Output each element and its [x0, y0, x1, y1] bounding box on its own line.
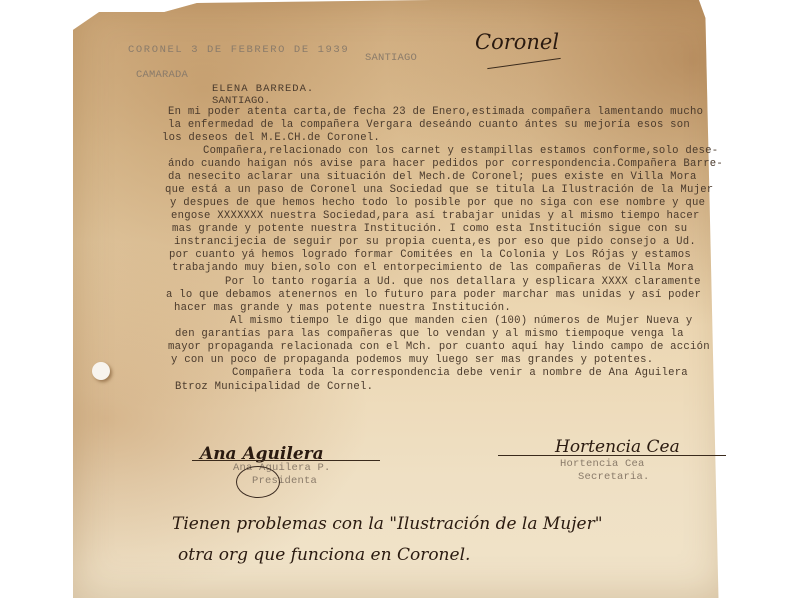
signature-line-right	[498, 455, 726, 456]
body-line: la enfermedad de la compañera Vergara de…	[168, 119, 690, 131]
body-line: da nesecito aclarar una situación del Me…	[168, 171, 697, 183]
body-line: y con un poco de propaganda podemos muy …	[171, 354, 653, 366]
signature-line-left	[192, 460, 380, 461]
body-line: ándo cuando haigan nós avise para hacer …	[168, 158, 723, 170]
body-line: Al mismo tiempo le digo que manden cien …	[230, 315, 693, 327]
typed-name-right: Hortencia Cea	[560, 458, 645, 471]
destination: SANTIAGO	[365, 52, 417, 65]
body-line: que está a un paso de Coronel una Socied…	[165, 184, 713, 196]
body-line: Compañera toda la correspondencia debe v…	[232, 367, 688, 379]
handwritten-coronel: Coronel	[475, 30, 559, 54]
salutation: CAMARADA	[136, 69, 188, 82]
handwritten-note-line2: otra org que funciona en Coronel.	[178, 545, 470, 565]
body-line: Por lo tanto rogaría a Ud. que nos detal…	[225, 276, 701, 288]
body-line: den garantías para las compañeras que lo…	[175, 328, 684, 340]
body-line: engose XXXXXXX nuestra Sociedad,para así…	[171, 210, 700, 222]
body-line: y despues de que hemos hecho todo lo pos…	[170, 197, 705, 209]
title-right: Secretaria.	[578, 471, 650, 484]
body-line: a lo que debamos atenernos en lo futuro …	[166, 289, 701, 301]
handwritten-note-line1: Tienen problemas con la "Ilustración de …	[172, 514, 603, 534]
body-line: los deseos del M.E.CH.de Coronel.	[162, 132, 380, 144]
body-line: hacer mas grande y mas potente nuestra I…	[174, 302, 511, 314]
body-line: por cuanto yá hemos logrado formar Comit…	[169, 249, 691, 261]
body-line: Compañera,relacionado con los carnet y e…	[203, 145, 718, 157]
place-date: CORONEL 3 DE FEBRERO DE 1939	[128, 44, 349, 57]
body-line: En mi poder atenta carta,de fecha 23 de …	[168, 106, 703, 118]
signature-right: Hortencia Cea	[555, 437, 680, 457]
stamp-circle	[236, 466, 280, 498]
punch-hole	[92, 362, 110, 380]
body-line: mayor propaganda relacionada con el Mch.…	[168, 341, 710, 353]
body-line: instrancijecia de seguir por su propia c…	[174, 236, 696, 248]
body-line: Btroz Municipalidad de Cornel.	[175, 381, 373, 393]
body-line: mas grande y potente nuestra Institución…	[172, 223, 687, 235]
signature-left: Ana Aguilera	[200, 444, 324, 464]
body-line: trabajando muy bien,solo con el entorpec…	[172, 262, 694, 274]
